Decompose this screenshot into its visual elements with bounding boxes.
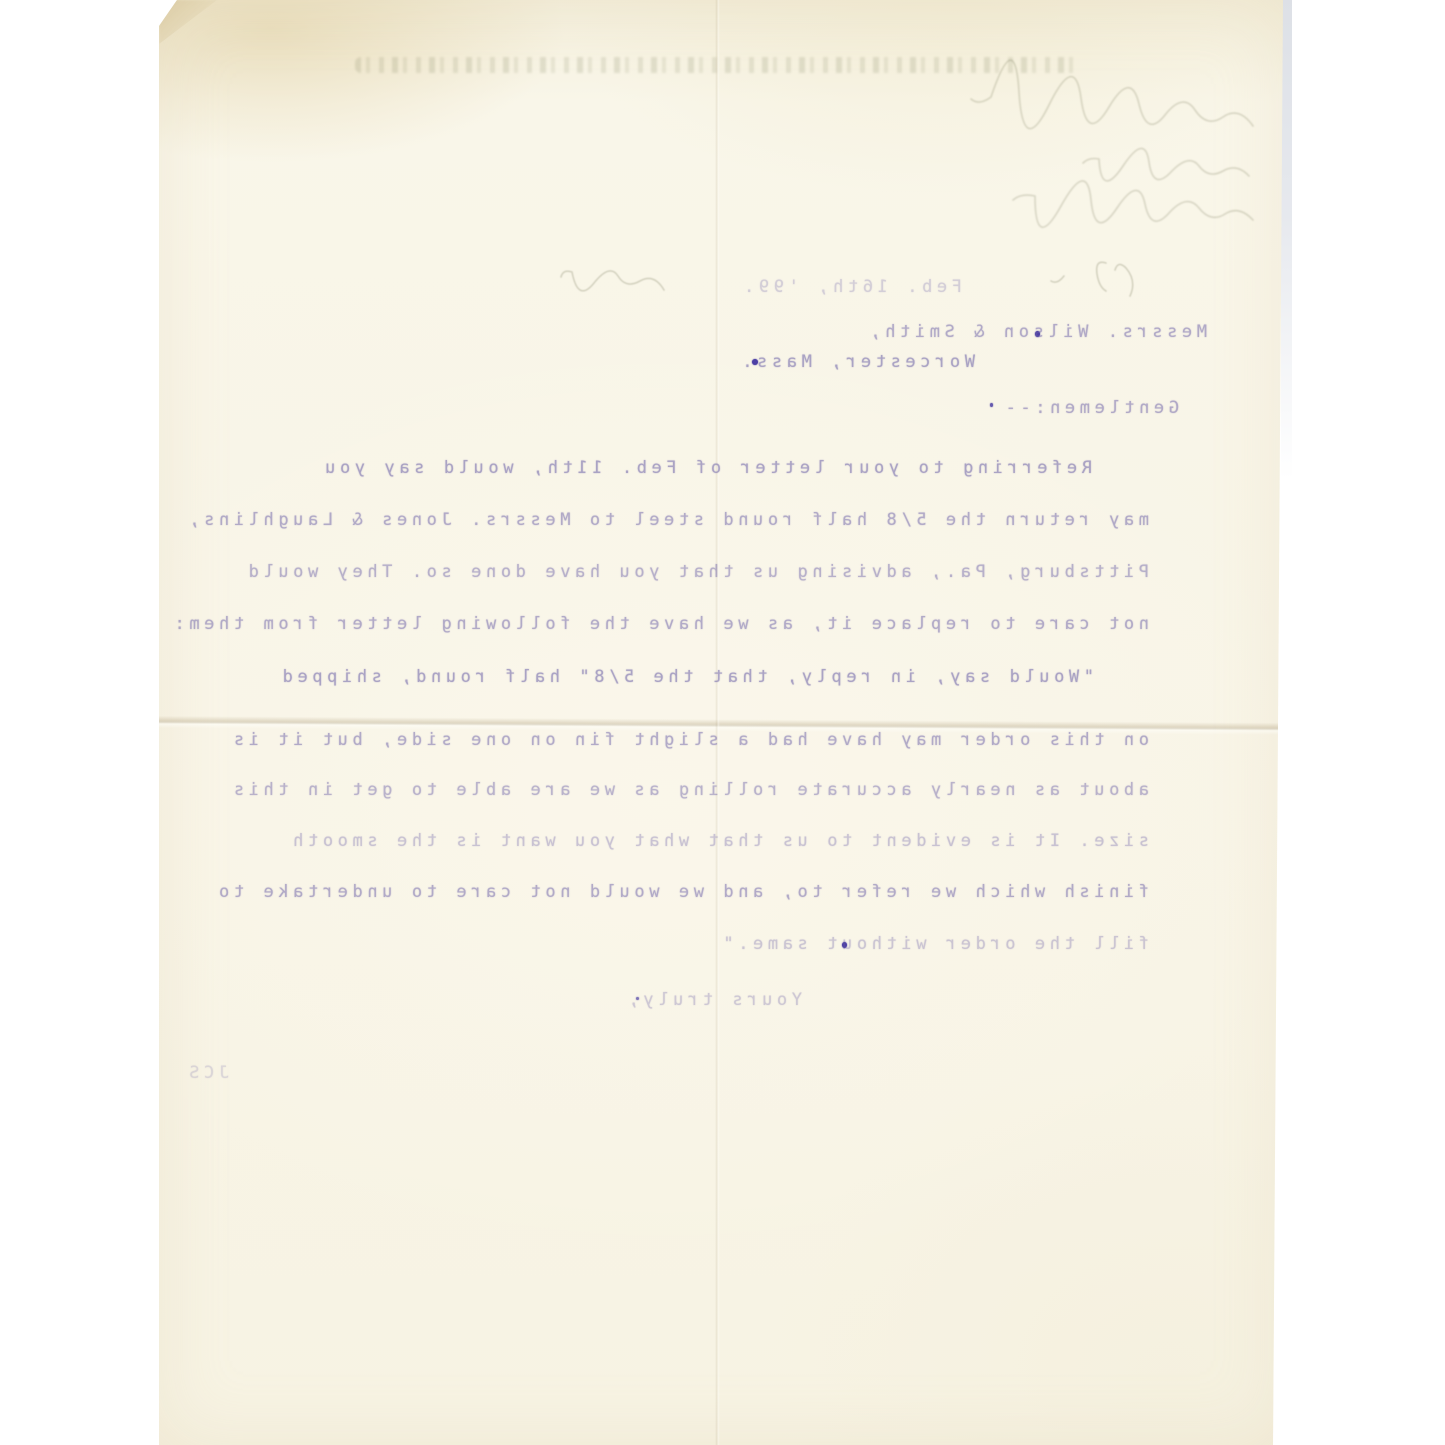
handwriting-showthrough: [939, 88, 1259, 238]
bleed-through-layer: Feb. 16th, '99. Messrs. Wilson & Smith, …: [159, 0, 1284, 1445]
body-line: Referring to your letter of Feb. 11th, w…: [321, 458, 1092, 478]
date-line: Feb. 16th, '99.: [739, 277, 962, 297]
address-line: Messrs. Wilson & Smith,: [866, 322, 1207, 342]
typist-initials: JCS: [184, 1063, 229, 1083]
salutation: Gentlemen:--: [1001, 398, 1179, 418]
paper-edge-shadow: [1281, 0, 1292, 480]
body-line: may return the 5/8 half round steel to M…: [185, 510, 1149, 530]
body-line: "Would say, in reply, that the 5/8" half…: [278, 667, 1094, 687]
address-line: Worcester, Mass.: [738, 352, 975, 372]
body-line: finish which we refer to, and we would n…: [214, 882, 1149, 902]
photo-background: Feb. 16th, '99. Messrs. Wilson & Smith, …: [0, 0, 1445, 1445]
body-line: size. It is evident to us that what you …: [289, 831, 1149, 851]
letter-paper: Feb. 16th, '99. Messrs. Wilson & Smith, …: [159, 0, 1284, 1445]
body-line: fill the order without same.": [719, 934, 1149, 954]
body-line: on this order may have had a slight fin …: [229, 730, 1149, 750]
body-line: not care to replace it, as we have the f…: [170, 614, 1149, 634]
body-line: about as nearly accurate rolling as we a…: [229, 780, 1149, 800]
body-line: Pittsburg, Pa., advising us that you hav…: [244, 562, 1149, 582]
closing: Yours truly,: [624, 990, 802, 1010]
